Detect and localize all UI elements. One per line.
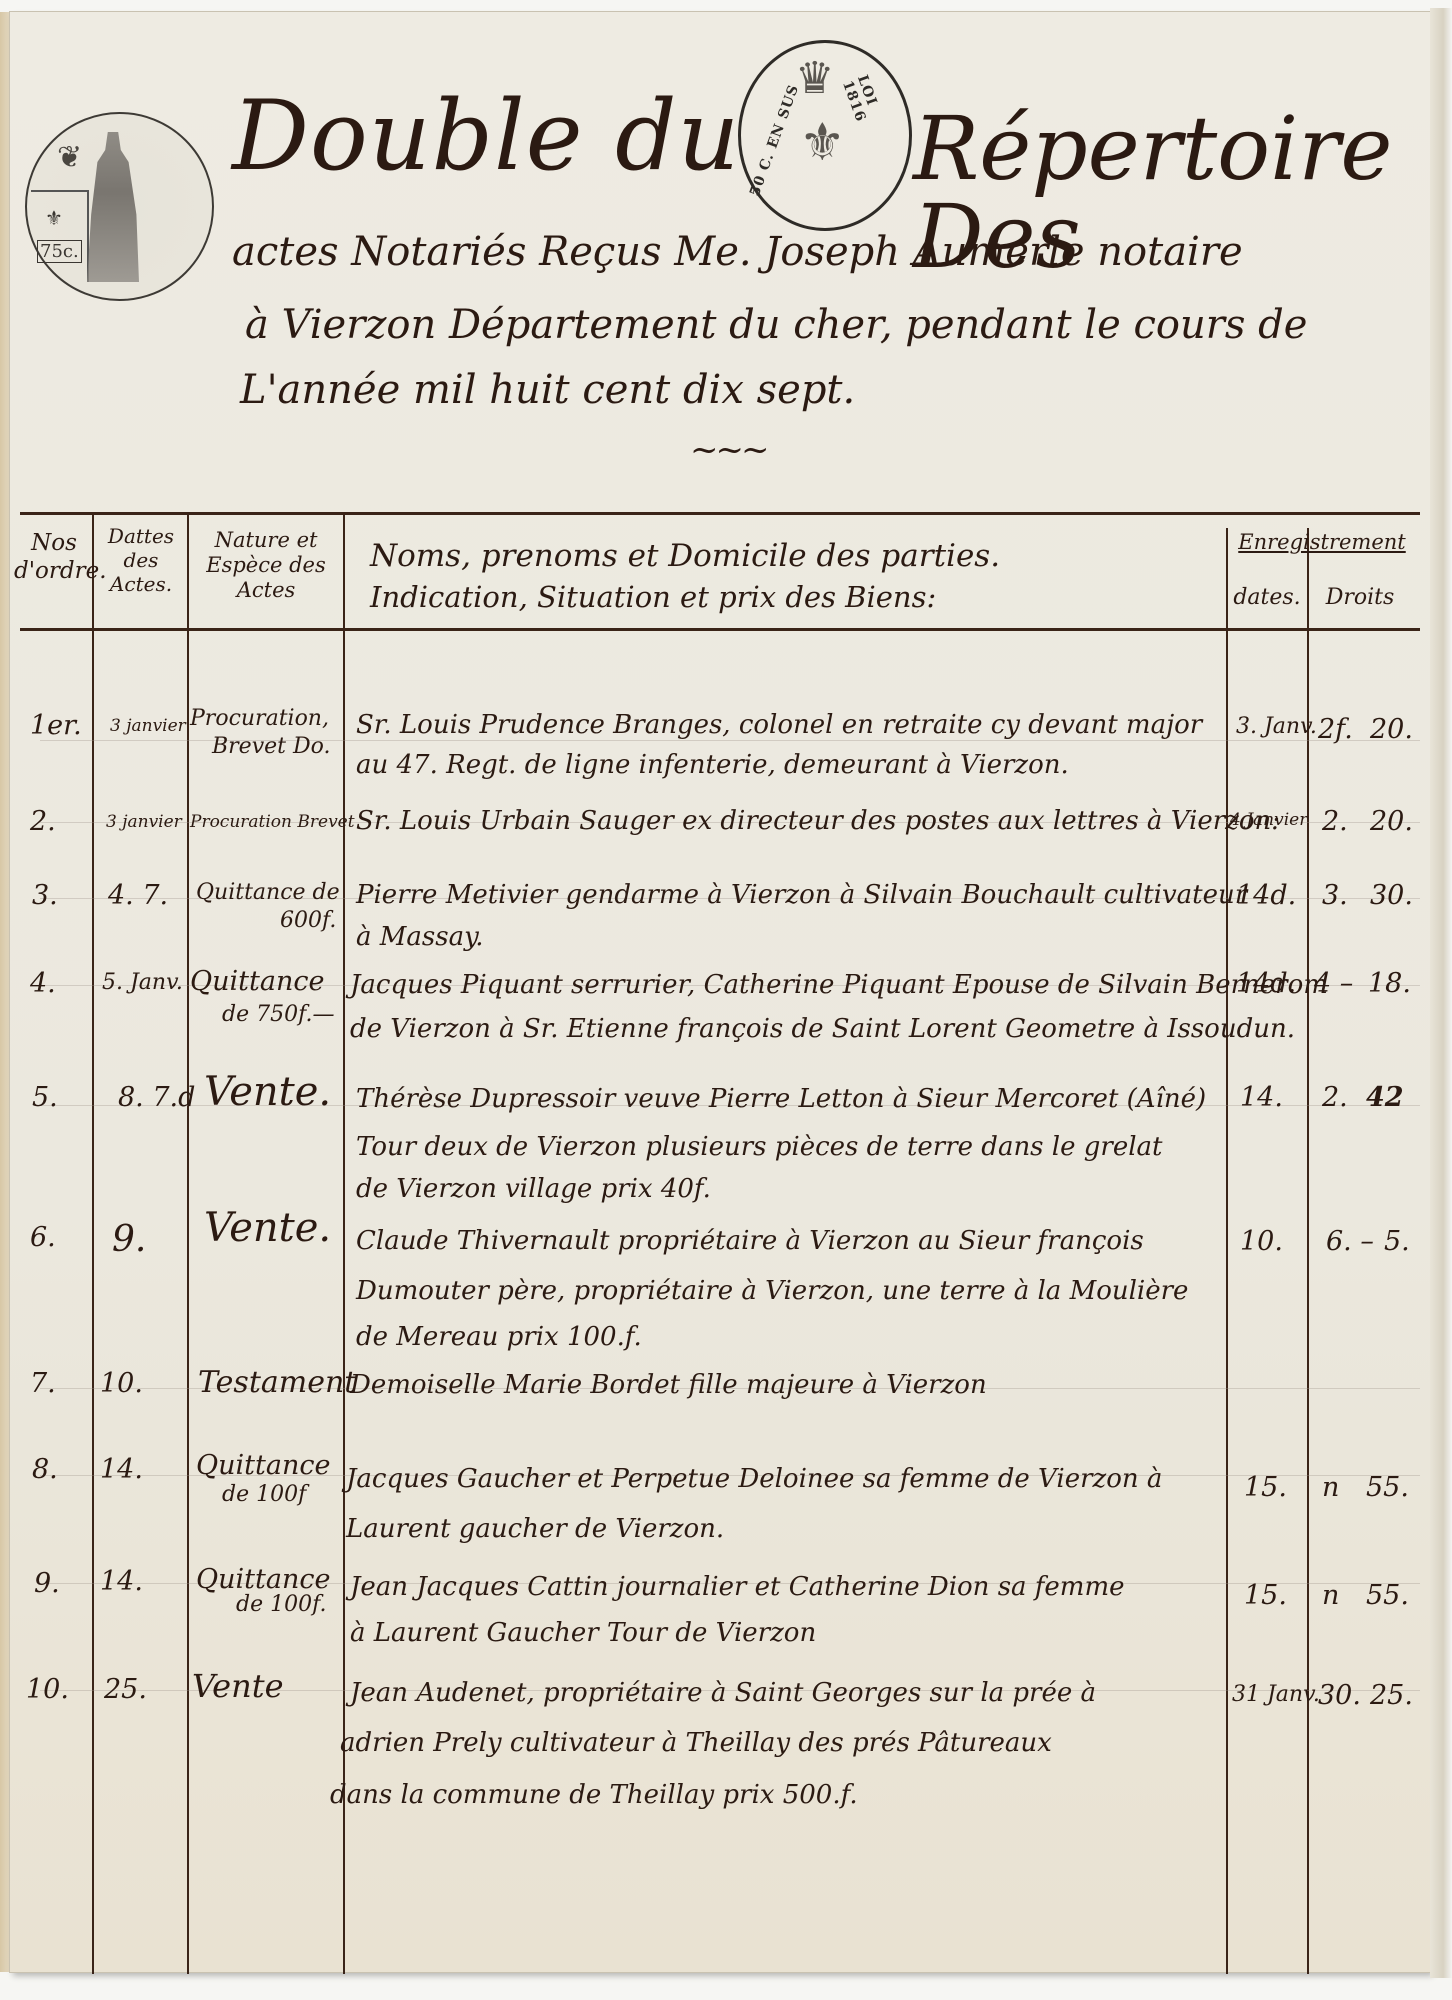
row-nature: Testament — [198, 1368, 356, 1398]
row-date: 8. 7.d — [118, 1084, 195, 1111]
fleur-de-lis-icon: ⚜ — [45, 206, 63, 230]
title-line-2: actes Notariés Reçus Me. Joseph Aumerle … — [232, 232, 1243, 272]
row-fee-francs: 2f. — [1318, 716, 1353, 743]
row-fee-centimes: 5. — [1384, 1228, 1410, 1255]
row-date: 10. — [100, 1370, 143, 1397]
row-description: de Vierzon village prix 40f. — [356, 1176, 711, 1202]
row-description: Jean Audenet, propriétaire à Saint Georg… — [350, 1680, 1096, 1706]
row-nature: Vente. — [204, 1072, 331, 1112]
row-description: à Massay. — [356, 924, 484, 950]
row-number: 9. — [34, 1570, 60, 1597]
header-reg-dates: dates. — [1228, 585, 1306, 611]
row-nature: Quittance — [196, 1566, 330, 1593]
title-line-3: à Vierzon Département du cher, pendant l… — [245, 305, 1307, 345]
row-nature: de 750f.— — [222, 1004, 334, 1026]
title-double-du: Double du — [232, 88, 740, 184]
row-reg-date: 31 Janv. — [1232, 1684, 1320, 1706]
row-date: 14. — [100, 1456, 143, 1483]
row-reg-date: 14d. — [1236, 882, 1296, 909]
row-reg-date: 15. — [1244, 1474, 1287, 1501]
row-fee-francs: 30. — [1318, 1682, 1361, 1709]
row-reg-date: 4 Janvier — [1230, 812, 1307, 829]
row-description: Jacques Gaucher et Perpetue Deloinee sa … — [346, 1466, 1162, 1492]
row-number: 2. — [30, 808, 56, 835]
row-nature: de 100f — [222, 1484, 306, 1506]
row-fee-centimes: 20. — [1370, 716, 1413, 743]
row-fee-centimes: 25. — [1370, 1682, 1413, 1709]
stamp-plinth — [31, 190, 89, 282]
title-flourish: ~~~ — [690, 430, 766, 470]
allegorical-figure-icon — [87, 132, 139, 282]
row-description: Jacques Piquant serrurier, Catherine Piq… — [350, 972, 1328, 998]
row-description: de Vierzon à Sr. Etienne françois de Sai… — [350, 1016, 1295, 1042]
header-nature: Nature et Espèce des Actes — [190, 528, 342, 604]
row-nature: de 100f. — [236, 1594, 326, 1616]
row-date: 25. — [104, 1676, 147, 1703]
row-fee-francs: n — [1322, 1582, 1339, 1609]
row-number: 8. — [32, 1456, 58, 1483]
row-description: adrien Prely cultivateur à Theillay des … — [340, 1730, 1052, 1756]
header-reg-fees: Droits — [1310, 585, 1410, 611]
row-fee-francs: 4 – — [1314, 970, 1353, 997]
row-description: Laurent gaucher de Vierzon. — [346, 1516, 724, 1542]
row-nature: Vente — [192, 1670, 284, 1702]
row-fee-centimes: 42 — [1366, 1084, 1404, 1111]
row-nature: Vente. — [204, 1208, 331, 1248]
row-date: 3 janvier — [106, 814, 182, 831]
row-description: à Laurent Gaucher Tour de Vierzon — [350, 1620, 816, 1646]
row-description: Tour deux de Vierzon plusieurs pièces de… — [356, 1134, 1162, 1160]
row-nature: Procuration Brevet — [190, 814, 355, 831]
row-number: 10. — [26, 1676, 69, 1703]
row-number: 3. — [32, 882, 58, 909]
tax-stamp-left: ❦ ⚜ 75c. — [25, 112, 214, 301]
row-description: Dumouter père, propriétaire à Vierzon, u… — [356, 1278, 1188, 1304]
row-number: 7. — [30, 1370, 56, 1397]
row-fee-centimes: 55. — [1366, 1474, 1409, 1501]
row-number: 6. — [30, 1224, 56, 1251]
row-date: 9. — [112, 1222, 146, 1258]
header-date: Dattes des Actes. — [96, 524, 186, 596]
row-fee-francs: n — [1322, 1474, 1339, 1501]
row-nature: Brevet Do. — [212, 736, 330, 758]
row-description: dans la commune de Theillay prix 500.f. — [330, 1782, 858, 1808]
row-description: de Mereau prix 100.f. — [356, 1324, 642, 1350]
tax-stamp-right: 50 C. EN SUS LOI 1816 ♛ ⚜ — [738, 40, 912, 231]
row-reg-date: 10. — [1240, 1228, 1283, 1255]
row-date: 14. — [100, 1568, 143, 1595]
row-fee-centimes: 55. — [1366, 1582, 1409, 1609]
stamp-ring-text-right: LOI 1816 — [839, 73, 884, 124]
row-number: 5. — [32, 1084, 58, 1111]
row-description: Thérèse Dupressoir veuve Pierre Letton à… — [356, 1086, 1206, 1112]
row-date: 5. Janv. — [102, 972, 183, 994]
row-nature: 600f. — [280, 910, 336, 932]
row-fee-centimes: 30. — [1370, 882, 1413, 909]
header-parties: Noms, prenoms et Domicile des parties. — [370, 538, 1000, 575]
row-description: au 47. Regt. de ligne infenterie, demeur… — [356, 752, 1069, 778]
row-reg-date: 3. Janv. — [1236, 716, 1317, 738]
olive-branch-icon: ❦ — [57, 140, 82, 175]
row-nature: Procuration, — [190, 708, 329, 730]
row-description: Pierre Metivier gendarme à Vierzon à Sil… — [356, 882, 1247, 908]
row-description: Sr. Louis Urbain Sauger ex directeur des… — [356, 808, 1280, 834]
stamp-price: 75c. — [37, 240, 82, 263]
row-fee-francs: 2. — [1322, 1084, 1348, 1111]
row-reg-date: 14d. — [1236, 970, 1296, 997]
row-nature: Quittance — [196, 1452, 330, 1479]
header-property: Indication, Situation et prix des Biens: — [370, 580, 936, 615]
row-fee-francs: 2. — [1322, 808, 1348, 835]
row-date: 4. 7. — [108, 882, 168, 909]
row-nature: Quittance de — [196, 882, 340, 904]
row-description: Demoiselle Marie Bordet fille majeure à … — [350, 1372, 987, 1398]
row-fee-francs: 3. — [1322, 882, 1348, 909]
row-number: 1er. — [30, 712, 82, 739]
crown-icon: ♛ — [795, 53, 834, 104]
row-number: 4. — [30, 970, 56, 997]
row-reg-date: 15. — [1244, 1582, 1287, 1609]
row-reg-date: 14. — [1240, 1084, 1283, 1111]
row-fee-francs: 6. – — [1326, 1228, 1374, 1255]
row-date: 3 janvier — [110, 718, 186, 735]
fleur-de-lis-icon: ⚜ — [799, 113, 846, 173]
row-fee-centimes: 18. — [1368, 970, 1411, 997]
header-registration: Enregistrement — [1222, 530, 1422, 555]
title-line-4: L'année mil huit cent dix sept. — [240, 370, 855, 410]
row-description: Claude Thivernault propriétaire à Vierzo… — [356, 1228, 1144, 1254]
row-description: Sr. Louis Prudence Branges, colonel en r… — [356, 712, 1202, 738]
page-stack-edge — [1430, 8, 1452, 1978]
row-nature: Quittance — [190, 968, 324, 995]
header-number: Nos d'ordre. — [14, 530, 94, 585]
row-description: Jean Jacques Cattin journalier et Cather… — [350, 1574, 1125, 1600]
row-fee-centimes: 20. — [1370, 808, 1413, 835]
